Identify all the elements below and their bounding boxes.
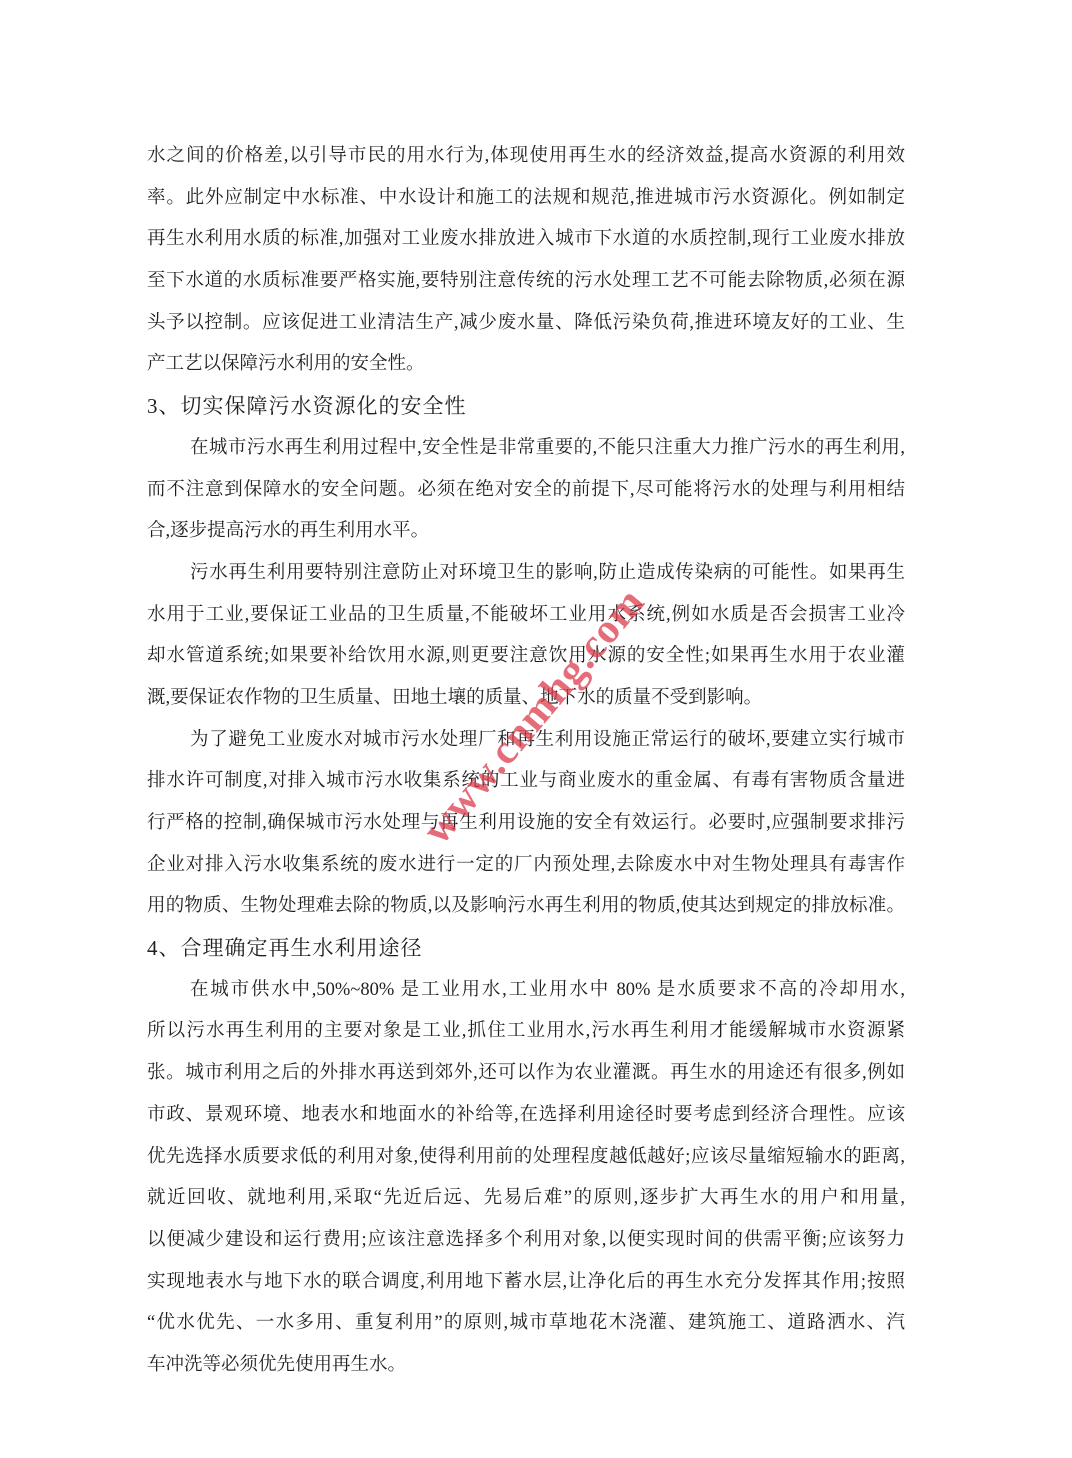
paragraph: 为了避免工业废水对城市污水处理厂和再生利用设施正常运行的破坏,要建立实行城市 排… [147,720,905,928]
text-block: 水之间的价格差,以引导市民的用水行为,体现使用再生水的经济效益,提高水资源的利用… [147,136,905,1387]
text-line: 用的物质、生物处理难去除的物质,以及影响污水再生利用的物质,使其达到规定的排放标… [147,886,905,928]
text-line: 溉,要保证农作物的卫生质量、田地土壤的质量、地下水的质量不受到影响。 [147,678,905,720]
text-line: 水之间的价格差,以引导市民的用水行为,体现使用再生水的经济效益,提高水资源的利用… [147,136,905,178]
text-line: “优水优先、一水多用、重复利用”的原则,城市草地花木浇灌、建筑施工、道路洒水、汽 [147,1303,905,1345]
paragraph: 污水再生利用要特别注意防止对环境卫生的影响,防止造成传染病的可能性。如果再生 水… [147,553,905,720]
text-line: 而不注意到保障水的安全问题。必须在绝对安全的前提下,尽可能将污水的处理与利用相结 [147,470,905,512]
text-line: 实现地表水与地下水的联合调度,利用地下蓄水层,让净化后的再生水充分发挥其作用;按… [147,1262,905,1304]
text-line: 张。城市利用之后的外排水再送到郊外,还可以作为农业灌溉。再生水的用途还有很多,例… [147,1053,905,1095]
text-line: 水用于工业,要保证工业品的卫生质量,不能破坏工业用水系统,例如水质是否会损害工业… [147,595,905,637]
document-page: 水之间的价格差,以引导市民的用水行为,体现使用再生水的经济效益,提高水资源的利用… [0,0,1072,1458]
text-line: 率。此外应制定中水标准、中水设计和施工的法规和规范,推进城市污水资源化。例如制定 [147,178,905,220]
paragraph: 水之间的价格差,以引导市民的用水行为,体现使用再生水的经济效益,提高水资源的利用… [147,136,905,386]
text-line: 在城市污水再生利用过程中,安全性是非常重要的,不能只注重大力推广污水的再生利用, [147,428,905,470]
text-line: 为了避免工业废水对城市污水处理厂和再生利用设施正常运行的破坏,要建立实行城市 [147,720,905,762]
text-line: 合,逐步提高污水的再生利用水平。 [147,511,905,553]
paragraph: 在城市污水再生利用过程中,安全性是非常重要的,不能只注重大力推广污水的再生利用,… [147,428,905,553]
text-line: 在城市供水中,50%~80% 是工业用水,工业用水中 80% 是水质要求不高的冷… [147,970,905,1012]
text-line: 污水再生利用要特别注意防止对环境卫生的影响,防止造成传染病的可能性。如果再生 [147,553,905,595]
paragraph: 3、切实保障污水资源化的安全性 [147,386,905,428]
paragraph: 在城市供水中,50%~80% 是工业用水,工业用水中 80% 是水质要求不高的冷… [147,970,905,1387]
section-heading-4: 4、合理确定再生水利用途径 [147,928,905,970]
text-line: 再生水利用水质的标准,加强对工业废水排放进入城市下水道的水质控制,现行工业废水排… [147,219,905,261]
text-line: 以便减少建设和运行费用;应该注意选择多个利用对象,以便实现时间的供需平衡;应该努… [147,1220,905,1262]
text-line: 头予以控制。应该促进工业清洁生产,减少废水量、降低污染负荷,推进环境友好的工业、… [147,303,905,345]
text-line: 行严格的控制,确保城市污水处理与再生利用设施的安全有效运行。必要时,应强制要求排… [147,803,905,845]
text-line: 至下水道的水质标准要严格实施,要特别注意传统的污水处理工艺不可能去除物质,必须在… [147,261,905,303]
text-line: 优先选择水质要求低的利用对象,使得利用前的处理程度越低越好;应该尽量缩短输水的距… [147,1137,905,1179]
text-line: 产工艺以保障污水利用的安全性。 [147,344,905,386]
text-line: 企业对排入污水收集系统的废水进行一定的厂内预处理,去除废水中对生物处理具有毒害作 [147,845,905,887]
text-line: 市政、景观环境、地表水和地面水的补给等,在选择利用途径时要考虑到经济合理性。应该 [147,1095,905,1137]
text-line: 所以污水再生利用的主要对象是工业,抓住工业用水,污水再生利用才能缓解城市水资源紧 [147,1011,905,1053]
paragraph: 4、合理确定再生水利用途径 [147,928,905,970]
section-heading-3: 3、切实保障污水资源化的安全性 [147,386,905,428]
text-line: 排水许可制度,对排入城市污水收集系统的工业与商业废水的重金属、有毒有害物质含量进 [147,761,905,803]
text-line: 却水管道系统;如果要补给饮用水源,则更要注意饮用水源的安全性;如果再生水用于农业… [147,636,905,678]
text-line: 就近回收、就地利用,采取“先近后远、先易后难”的原则,逐步扩大再生水的用户和用量… [147,1178,905,1220]
text-line: 车冲洗等必须优先使用再生水。 [147,1345,905,1387]
